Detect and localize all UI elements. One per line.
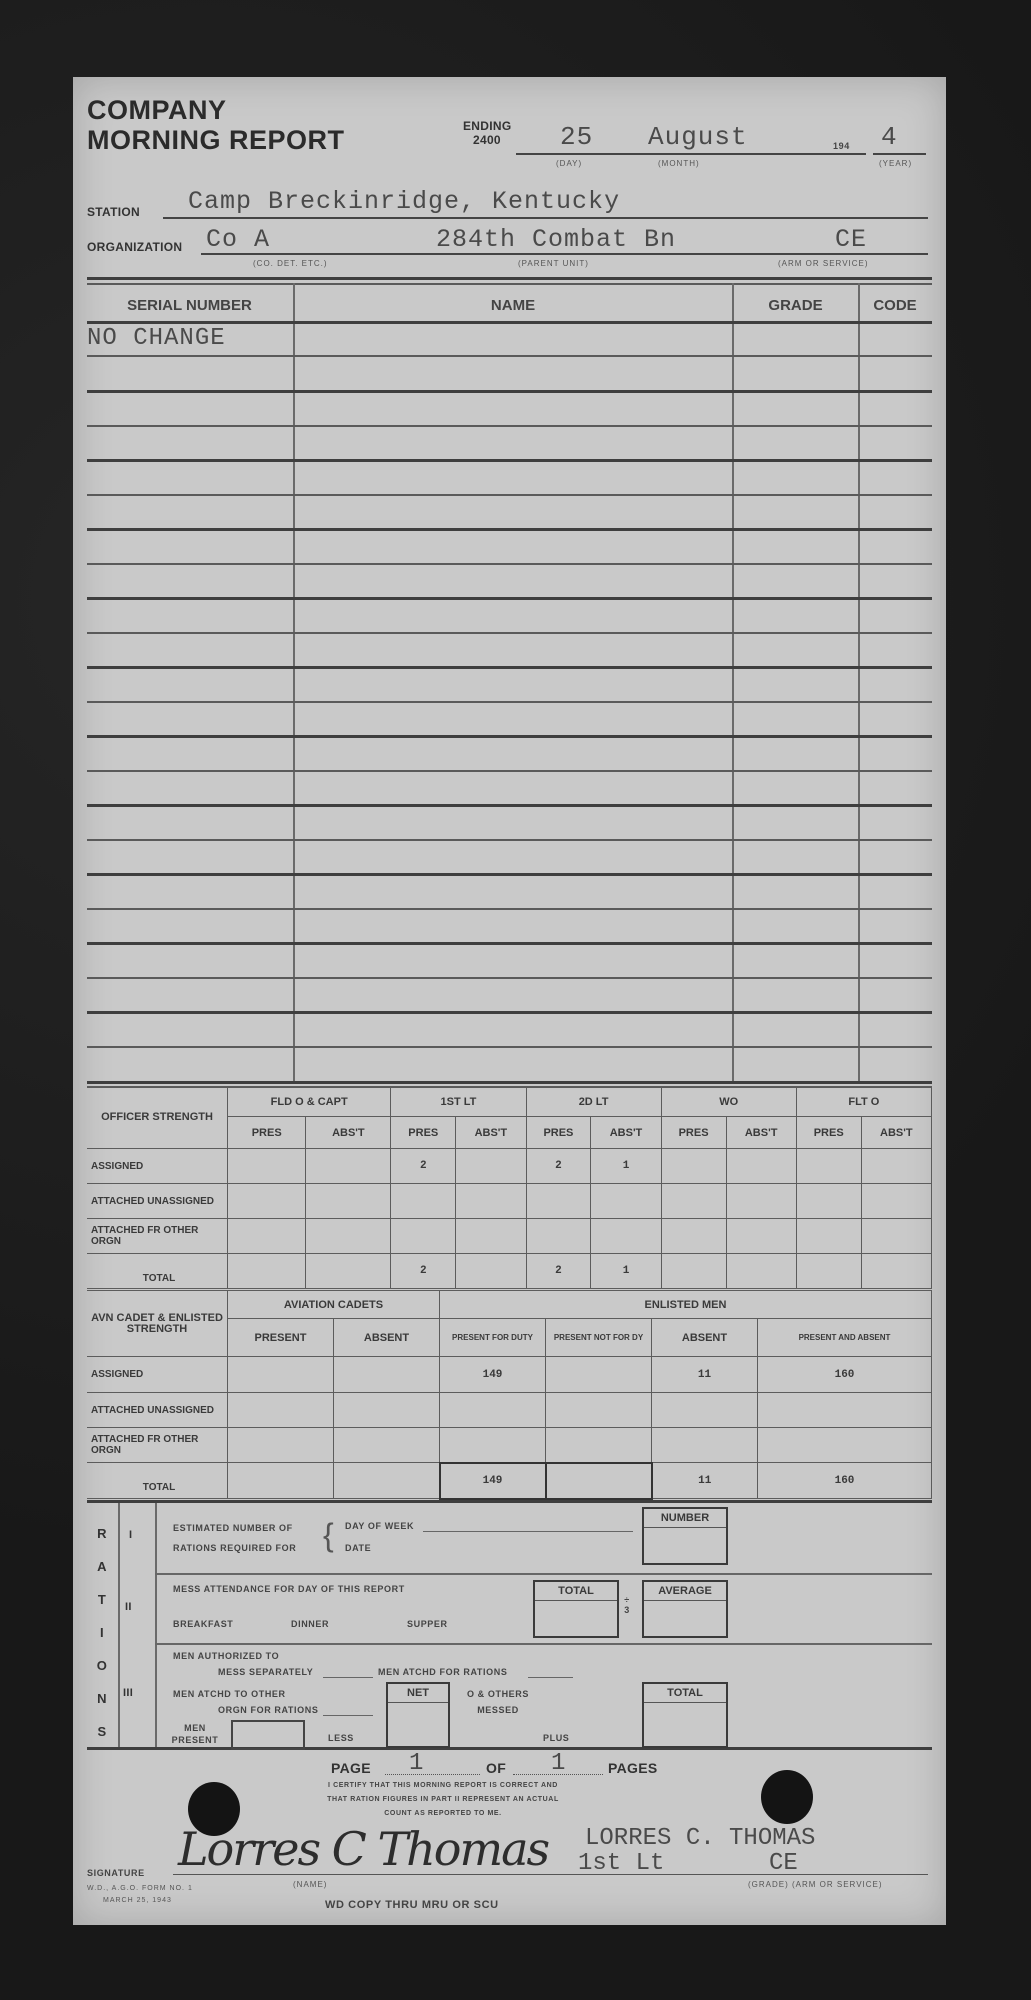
table-row: ATTACHED FR OTHER ORGN <box>87 1428 932 1463</box>
parent-unit-value: 284th Combat Bn <box>436 225 676 254</box>
arm-value: CE <box>835 225 867 254</box>
page-label: PAGE <box>331 1760 371 1776</box>
cell: 160 <box>758 1357 932 1393</box>
cell <box>306 1149 391 1184</box>
date-underline <box>516 153 866 155</box>
group-fld-o-capt: FLD O & CAPT <box>228 1087 391 1117</box>
grade-caption: (GRADE) (ARM OR SERVICE) <box>748 1880 883 1889</box>
part-i-numeral: I <box>129 1529 132 1541</box>
sub-abst: ABS'T <box>861 1117 931 1149</box>
cell: 160 <box>758 1463 932 1499</box>
cell: 2 <box>391 1254 456 1289</box>
cell <box>661 1149 726 1184</box>
company-caption: (CO. DET. ETC.) <box>253 259 328 268</box>
part-i-text2: RATIONS REQUIRED FOR <box>173 1543 296 1553</box>
sub-pres: PRES <box>228 1117 306 1149</box>
page-field <box>385 1774 480 1775</box>
col-serial-number: SERIAL NUMBER <box>87 297 292 314</box>
cell: 2 <box>526 1149 591 1184</box>
supper-label: SUPPER <box>407 1619 448 1629</box>
form-number: W.D., A.G.O. FORM NO. 1 <box>87 1885 193 1892</box>
arm-caption: (ARM OR SERVICE) <box>778 259 869 268</box>
col-grade: GRADE <box>733 297 858 314</box>
breakfast-label: BREAKFAST <box>173 1619 233 1629</box>
men-atchd-other-label: MEN ATCHD TO OTHER <box>173 1689 286 1699</box>
cell <box>228 1254 306 1289</box>
cell <box>861 1254 931 1289</box>
cell <box>726 1254 796 1289</box>
roster-top-rule <box>87 277 932 280</box>
routing-note: WD COPY THRU MRU OR SCU <box>325 1899 499 1911</box>
mess-separately-field <box>323 1677 373 1678</box>
group-1st-lt: 1ST LT <box>391 1087 526 1117</box>
organization-label: ORGANIZATION <box>87 240 182 254</box>
less-label: LESS <box>328 1733 354 1743</box>
name-caption: (NAME) <box>293 1880 327 1889</box>
rations-side-label: RA TI ON S <box>87 1517 117 1748</box>
sub-present-for-duty: PRESENT FOR DUTY <box>440 1319 546 1357</box>
sub-abst: ABS'T <box>456 1117 526 1149</box>
day-of-week-label: DAY OF WEEK <box>345 1521 414 1531</box>
cell <box>306 1254 391 1289</box>
year-underline <box>873 153 926 155</box>
others-label: O & OTHERS <box>458 1689 538 1699</box>
row-label: ATTACHED UNASSIGNED <box>87 1393 228 1428</box>
part-iii-numeral: III <box>123 1687 133 1699</box>
cell <box>334 1357 440 1393</box>
cell <box>661 1254 726 1289</box>
orgn-for-rations-label: ORGN FOR RATIONS <box>218 1705 318 1715</box>
day-of-week-field <box>423 1531 633 1532</box>
col-code: CODE <box>859 297 931 314</box>
sub-pres: PRES <box>526 1117 591 1149</box>
group-enlisted-men: ENLISTED MEN <box>440 1291 932 1319</box>
table-row: TOTAL 2 2 1 <box>87 1254 932 1289</box>
officer-strength-title: OFFICER STRENGTH <box>87 1087 228 1149</box>
table-row: TOTAL 149 11 160 <box>87 1463 932 1499</box>
men-atchd-rations-field <box>528 1677 573 1678</box>
cell: 1 <box>591 1254 661 1289</box>
table-row: ASSIGNED 2 2 1 <box>87 1149 932 1184</box>
cell <box>334 1463 440 1499</box>
roster-top-rule-2 <box>87 283 932 285</box>
mess-separately-label: MESS SEPARATELY <box>218 1667 313 1677</box>
certify-line1: I CERTIFY THAT THIS MORNING REPORT IS CO… <box>263 1782 623 1789</box>
part-ii-numeral: II <box>125 1601 132 1613</box>
parent-caption: (PARENT UNIT) <box>518 259 589 268</box>
table-row: ATTACHED FR OTHER ORGN <box>87 1219 932 1254</box>
sub-abst: ABS'T <box>726 1117 796 1149</box>
of-label: OF <box>486 1760 506 1776</box>
page-number: 1 <box>409 1750 423 1777</box>
cell: 149 <box>440 1357 546 1393</box>
part-iii-total-box: TOTAL <box>642 1682 728 1748</box>
year-value: 4 <box>881 122 898 152</box>
sub-present-not-for-duty: PRESENT NOT FOR DY <box>546 1319 652 1357</box>
cell <box>796 1254 861 1289</box>
typed-arm: CE <box>769 1850 798 1877</box>
signature-label: SIGNATURE <box>87 1868 145 1878</box>
cell <box>456 1149 526 1184</box>
sub-abst: ABS'T <box>306 1117 391 1149</box>
station-value: Camp Breckinridge, Kentucky <box>188 187 620 216</box>
station-label: STATION <box>87 205 140 219</box>
cell: 11 <box>652 1463 758 1499</box>
orgn-for-rations-field <box>323 1715 373 1716</box>
brace-icon: { <box>323 1517 334 1554</box>
cell <box>228 1149 306 1184</box>
pages-total: 1 <box>551 1750 565 1777</box>
enlisted-strength-title: AVN CADET & ENLISTED STRENGTH <box>87 1291 228 1357</box>
typed-grade: 1st Lt <box>578 1850 664 1877</box>
men-atchd-rations-label: MEN ATCHD FOR RATIONS <box>378 1667 507 1677</box>
handwritten-signature: Lorres C Thomas <box>178 1822 548 1876</box>
row-label: ATTACHED FR OTHER ORGN <box>87 1219 228 1254</box>
morning-report-form: COMPANY MORNING REPORT ENDING 2400 25 Au… <box>73 77 946 1925</box>
cell: 2 <box>526 1254 591 1289</box>
year-caption: (YEAR) <box>879 159 912 168</box>
table-row: ASSIGNED 149 11 160 <box>87 1357 932 1393</box>
row-label: ATTACHED UNASSIGNED <box>87 1184 228 1219</box>
cell: 2 <box>391 1149 456 1184</box>
sub-abst: ABS'T <box>591 1117 661 1149</box>
month-caption: (MONTH) <box>658 159 700 168</box>
group-flt-o: FLT O <box>796 1087 931 1117</box>
cell <box>228 1463 334 1499</box>
cell <box>456 1254 526 1289</box>
men-authorized-label: MEN AUTHORIZED TO <box>173 1651 279 1661</box>
cell <box>796 1149 861 1184</box>
table-row: ATTACHED UNASSIGNED <box>87 1393 932 1428</box>
row-label: TOTAL <box>87 1463 228 1499</box>
group-wo: WO <box>661 1087 796 1117</box>
cell <box>546 1357 652 1393</box>
sub-absent: ABSENT <box>334 1319 440 1357</box>
mess-attendance-title: MESS ATTENDANCE FOR DAY OF THIS REPORT <box>173 1584 405 1594</box>
plus-label: PLUS <box>543 1733 569 1743</box>
sub-present: PRESENT <box>228 1319 334 1357</box>
messed-label: MESSED <box>458 1705 538 1715</box>
certify-line3: COUNT AS REPORTED TO ME. <box>263 1810 623 1817</box>
punch-hole-right <box>761 1770 813 1824</box>
dinner-label: DINNER <box>291 1619 329 1629</box>
cell <box>546 1463 652 1499</box>
col-name: NAME <box>293 297 733 314</box>
row-label: TOTAL <box>87 1254 228 1289</box>
roster-entry-no-change: NO CHANGE <box>87 325 226 352</box>
row-label: ATTACHED FR OTHER ORGN <box>87 1428 228 1463</box>
sub-pres: PRES <box>796 1117 861 1149</box>
pages-label: PAGES <box>608 1760 657 1776</box>
group-aviation-cadets: AVIATION CADETS <box>228 1291 440 1319</box>
form-title-line1: COMPANY <box>87 95 227 125</box>
sub-absent: ABSENT <box>652 1319 758 1357</box>
men-present-box <box>231 1720 305 1750</box>
men-present-label: MEN PRESENT <box>165 1722 225 1746</box>
company-value: Co A <box>206 225 270 254</box>
enlisted-strength-table: AVN CADET & ENLISTED STRENGTH AVIATION C… <box>87 1290 932 1500</box>
month-value: August <box>648 122 748 152</box>
cell: 149 <box>440 1463 546 1499</box>
row-label: ASSIGNED <box>87 1357 228 1393</box>
day-value: 25 <box>560 122 593 152</box>
officer-strength-table: OFFICER STRENGTH FLD O & CAPT 1ST LT 2D … <box>87 1086 932 1289</box>
total-box: TOTAL <box>533 1580 619 1638</box>
net-box: NET <box>386 1682 450 1748</box>
certify-line2: THAT RATION FIGURES IN PART II REPRESENT… <box>263 1796 623 1803</box>
sub-pres: PRES <box>661 1117 726 1149</box>
year-prefix: 194 <box>833 141 850 151</box>
cell: 1 <box>591 1149 661 1184</box>
divide-by-three: ÷ 3 <box>620 1595 634 1615</box>
table-row: ATTACHED UNASSIGNED <box>87 1184 932 1219</box>
typed-name: LORRES C. THOMAS <box>585 1825 815 1852</box>
ending-time: 2400 <box>473 133 501 147</box>
cell: 11 <box>652 1357 758 1393</box>
cell <box>726 1149 796 1184</box>
part-i-text1: ESTIMATED NUMBER OF <box>173 1523 293 1533</box>
group-2d-lt: 2D LT <box>526 1087 661 1117</box>
number-box: NUMBER <box>642 1507 728 1565</box>
ending-label: ENDING <box>463 119 511 133</box>
day-caption: (DAY) <box>556 159 582 168</box>
cell <box>861 1149 931 1184</box>
cell <box>228 1357 334 1393</box>
average-box: AVERAGE <box>642 1580 728 1638</box>
sub-present-and-absent: PRESENT AND ABSENT <box>758 1319 932 1357</box>
row-label: ASSIGNED <box>87 1149 228 1184</box>
form-title-line2: MORNING REPORT <box>87 125 345 155</box>
date-label: DATE <box>345 1543 371 1553</box>
sub-pres: PRES <box>391 1117 456 1149</box>
station-underline <box>163 217 928 219</box>
form-date: MARCH 25, 1943 <box>103 1897 172 1904</box>
